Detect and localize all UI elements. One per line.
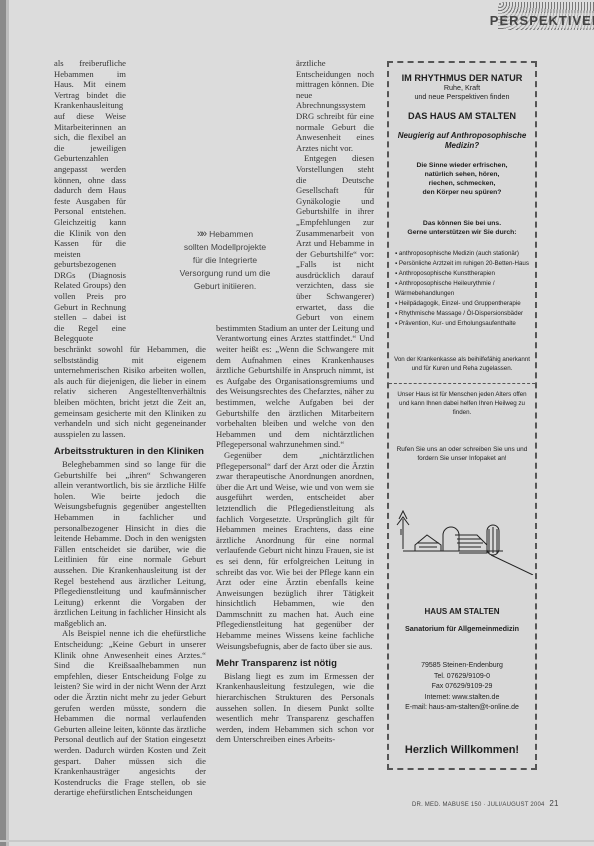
ad-line: Gerne unterstützen wir Sie durch:	[393, 228, 531, 237]
ad-services-list: anthroposophische Medizin (auch stationä…	[393, 249, 531, 329]
ad-service-item: Prävention, Kur- und Erholungsaufenthalt…	[395, 319, 529, 329]
ad-subline: und neue Perspektiven finden	[393, 92, 531, 101]
page-binding-shadow	[6, 0, 9, 846]
subheading-transparenz: Mehr Transparenz ist nötig	[216, 659, 374, 670]
ad-subline: Ruhe, Kraft	[393, 83, 531, 92]
ad-email: E-mail: haus-am-stalten@t-online.de	[393, 703, 531, 714]
body-paragraph: Als Beispiel nenne ich die ehefürstliche…	[54, 628, 206, 798]
ad-headline: IM RHYTHMUS DER NATUR	[393, 73, 531, 83]
ad-footer-name: HAUS AM STALTEN	[393, 607, 531, 616]
section-label: PERSPEKTIVEN	[498, 2, 594, 30]
page-footer: DR. MED. MABUSE 150 · JULI/AUGUST 2004 2…	[412, 799, 559, 808]
ad-service-item: Anthroposophische Kunsttherapien	[395, 269, 529, 279]
pull-quote-line: Versorgung rund um die	[160, 267, 290, 280]
ad-address: 79585 Steinen-Endenburg	[393, 661, 531, 672]
ad-footer-subtitle: Sanatorium für Allgemeinmedizin	[393, 624, 531, 633]
ad-note-3: Rufen Sie uns an oder schreiben Sie uns …	[393, 445, 531, 463]
subheading-arbeitsstrukturen: Arbeitsstrukturen in den Kliniken	[54, 447, 206, 458]
ad-phone: Tel. 07629/9109-0	[393, 672, 531, 683]
body-paragraph: Gegenüber dem „nichtärztlichen Pflegeper…	[216, 450, 374, 651]
double-chevron-icon: »»	[197, 228, 205, 240]
ad-line: natürlich sehen, hören,	[393, 170, 531, 179]
ad-service-item: Anthroposophische Heileurythmie / Wärmeb…	[395, 279, 529, 299]
scan-edge	[0, 840, 594, 842]
ad-fax: Fax 07629/9109-29	[393, 682, 531, 693]
ad-service-item: Persönliche Arztzeit im ruhigen 20-Bette…	[395, 259, 529, 269]
ad-line: riechen, schmecken,	[393, 179, 531, 188]
page-number: 21	[549, 799, 558, 808]
article-column-2: ärztliche Entscheidungen noch mittragen …	[216, 58, 374, 745]
pull-quote-line: Geburt initiieren.	[160, 280, 290, 293]
ad-name: DAS HAUS AM STALTEN	[393, 111, 531, 121]
ad-line: den Körper neu spüren?	[393, 188, 531, 197]
ad-line: Die Sinne wieder erfrischen,	[393, 161, 531, 170]
ad-website: Internet: www.stalten.de	[393, 693, 531, 704]
house-line-drawing-icon	[393, 505, 531, 573]
ad-service-item: anthroposophische Medizin (auch stationä…	[395, 249, 529, 259]
ad-note-2: Unser Haus ist für Menschen jeden Alters…	[393, 390, 531, 417]
pull-quote: »»Hebammen sollten Modellprojekte für di…	[160, 228, 290, 293]
body-paragraph: Bislang liegt es zum im Ermessen der Kra…	[216, 671, 374, 745]
ad-question: Neugierig auf Anthroposophische Medizin?	[393, 131, 531, 151]
ad-contact-block: 79585 Steinen-Endenburg Tel. 07629/9109-…	[393, 661, 531, 714]
ad-lines-b: Das können Sie bei uns. Gerne unterstütz…	[393, 219, 531, 237]
pull-quote-line: Hebammen	[209, 229, 253, 239]
ad-service-item: Rhythmische Massage / Öl-Dispersionsbäde…	[395, 309, 529, 319]
advertisement-haus-am-stalten: IM RHYTHMUS DER NATUR Ruhe, Kraft und ne…	[387, 61, 537, 770]
ad-divider	[389, 383, 535, 384]
body-paragraph: Beleghebammen sind so lange für die Gebu…	[54, 459, 206, 629]
section-label-text: PERSPEKTIVEN	[488, 13, 594, 28]
ad-lines-a: Die Sinne wieder erfrischen, natürlich s…	[393, 161, 531, 197]
ad-line: Das können Sie bei uns.	[393, 219, 531, 228]
ad-welcome: Herzlich Willkommen!	[393, 744, 531, 756]
pull-quote-line: für die Integrierte	[160, 254, 290, 267]
body-paragraph: ärztliche Entscheidungen noch mittragen …	[216, 58, 374, 153]
ad-service-item: Heilpädagogik, Einzel- und Gruppentherap…	[395, 299, 529, 309]
ad-note-1: Von der Krankenkasse als beihilfefähig a…	[393, 355, 531, 373]
pull-quote-line: sollten Modellprojekte	[160, 241, 290, 254]
journal-issue: DR. MED. MABUSE 150 · JULI/AUGUST 2004	[412, 802, 545, 808]
article-column-1: als freiberufliche Hebammen im Haus. Mit…	[54, 58, 206, 798]
